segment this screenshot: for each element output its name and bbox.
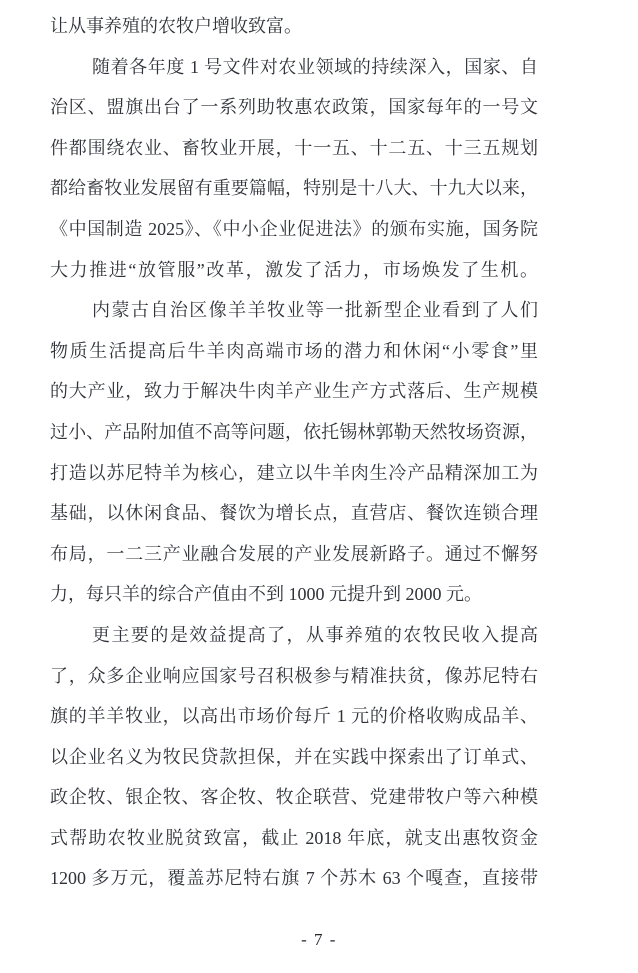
text-line: 基础，以休闲食品、餐饮为增长点，直营店、餐饮连锁合理 [50, 493, 538, 534]
page-number: - 7 - [0, 930, 638, 950]
text-line: 了，众多企业响应国家号召积极参与精准扶贫，像苏尼特右 [50, 656, 538, 697]
text-line: 内蒙古自治区像羊羊牧业等一批新型企业看到了人们 [50, 290, 538, 331]
text-line: 布局，一二三产业融合发展的产业发展新路子。通过不懈努 [50, 534, 538, 575]
text-line: 治区、盟旗出台了一系列助牧惠农政策，国家每年的一号文 [50, 87, 538, 128]
text-line: 都给畜牧业发展留有重要篇幅，特别是十八大、十九大以来， [50, 168, 538, 209]
text-line: 旗的羊羊牧业，以高出市场价每斤 1 元的价格收购成品羊、 [50, 696, 538, 737]
text-line: 的大产业，致力于解决牛肉羊产业生产方式落后、生产规模 [50, 371, 538, 412]
text-line: 力，每只羊的综合产值由不到 1000 元提升到 2000 元。 [50, 574, 538, 615]
text-line: 过小、产品附加值不高等问题，依托锡林郭勒天然牧场资源， [50, 412, 538, 453]
text-line: 大力推进“放管服”改革，激发了活力，市场焕发了生机。 [50, 250, 538, 291]
document-body: 让从事养殖的农牧户增收致富。 随着各年度 1 号文件对农业领域的持续深入，国家、… [50, 6, 538, 899]
text-line: 随着各年度 1 号文件对农业领域的持续深入，国家、自 [50, 47, 538, 88]
text-line: 打造以苏尼特羊为核心，建立以牛羊肉生冷产品精深加工为 [50, 453, 538, 494]
text-line: 更主要的是效益提高了，从事养殖的农牧民收入提高 [50, 615, 538, 656]
text-line: 以企业名义为牧民贷款担保，并在实践中探索出了订单式、 [50, 737, 538, 778]
text-line: 1200 多万元，覆盖苏尼特右旗 7 个苏木 63 个嘎查，直接带 [50, 858, 538, 899]
document-page: 让从事养殖的农牧户增收致富。 随着各年度 1 号文件对农业领域的持续深入，国家、… [0, 0, 638, 973]
text-line: 物质生活提高后牛羊肉高端市场的潜力和休闲“小零食”里 [50, 331, 538, 372]
text-line: 《中国制造 2025》、《中小企业促进法》的颁布实施，国务院 [50, 209, 538, 250]
text-line: 让从事养殖的农牧户增收致富。 [50, 6, 538, 47]
text-line: 式帮助农牧业脱贫致富，截止 2018 年底，就支出惠牧资金 [50, 818, 538, 859]
text-line: 件都围绕农业、畜牧业开展，十一五、十二五、十三五规划 [50, 128, 538, 169]
text-line: 政企牧、银企牧、客企牧、牧企联营、党建带牧户等六种模 [50, 777, 538, 818]
